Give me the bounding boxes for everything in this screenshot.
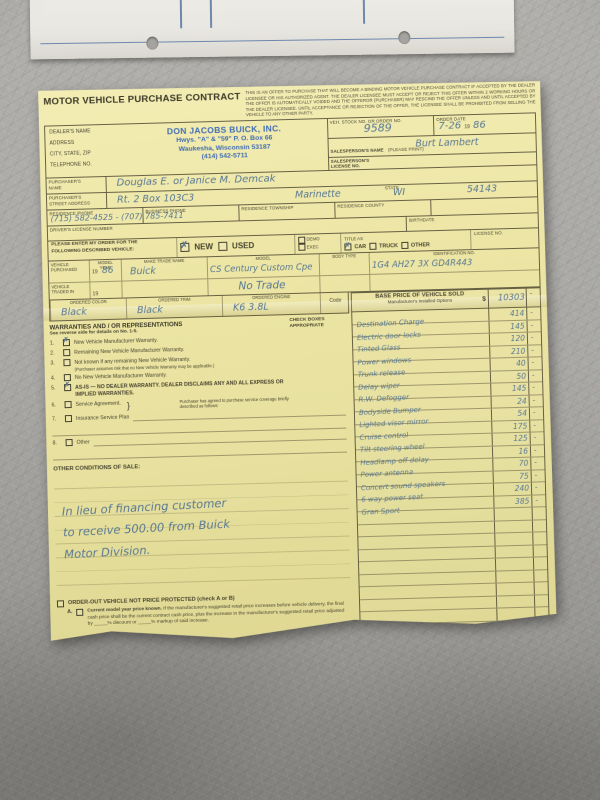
right-column: BASE PRICE OF VEHICLE SOLD Manufacturer'…: [351, 288, 551, 663]
model-year-value: 86: [102, 266, 114, 276]
order-out-a-checkbox: [76, 609, 83, 616]
photo-scene: MOTOR VEHICLE PURCHASE CONTRACT THIS IS …: [0, 0, 600, 800]
salesperson-label: SALESPERSON'S NAME: [330, 147, 383, 153]
motor-vehicle-purchase-contract: MOTOR VEHICLE PURCHASE CONTRACT THIS IS …: [36, 77, 557, 644]
punch-hole: [146, 37, 158, 50]
other-conditions-handwriting: In lieu of financing customer to receive…: [61, 492, 231, 565]
ordered-color-value: Black: [61, 307, 87, 319]
price-table: BASE PRICE OF VEHICLE SOLD Manufacturer'…: [351, 288, 551, 663]
township-label: RESIDENCE TOWNSHIP: [241, 204, 332, 212]
ledger-rule-line: [209, 0, 211, 28]
car-checkbox: ✗: [344, 244, 351, 251]
order-out-checkbox: [57, 600, 64, 607]
other-checkbox: [401, 242, 408, 249]
punch-hole: [398, 31, 410, 44]
order-info-block: VEH. STOCK NO. OR ORDER NO. 9589 ORDER D…: [327, 113, 537, 170]
brace-glyph: }: [127, 400, 130, 411]
service-note: Purchaser has agreed to purchase service…: [179, 395, 297, 409]
order-date-cell: ORDER DATE 7-26 19 86: [434, 113, 535, 135]
street-value: Rt. 2 Box 103C3: [117, 193, 194, 206]
title-as-label: TITLE AS: [344, 233, 467, 241]
demo-checkbox: [298, 236, 305, 243]
dealer-left: DEALER'S NAME ADDRESS CITY, STATE, ZIP T…: [45, 119, 328, 178]
warranties-section: WARRANTIES AND / OR REPRESENTATIONS See …: [49, 317, 353, 460]
base-price-value: 10303: [498, 293, 525, 304]
ruled-lines: In lieu of financing customer to receive…: [53, 467, 350, 593]
county-label: RESIDENCE COUNTY: [337, 202, 428, 210]
check-boxes-note: CHECK BOXES APPROPRIATE: [289, 317, 343, 330]
demo-exec-cell: DEMO EXEC: [294, 234, 340, 254]
warranty-4-checkbox: [64, 374, 71, 381]
ledger-rule-line: [40, 36, 504, 44]
city-value: Marinette: [295, 189, 341, 201]
ordered-trim-value: Black: [137, 305, 163, 317]
salesperson-name: Burt Lambert: [415, 137, 478, 150]
stock-number-cell: VEH. STOCK NO. OR ORDER NO. 9589: [328, 116, 435, 138]
zip-value: 54143: [467, 184, 498, 196]
exec-checkbox: [298, 244, 305, 251]
dealer-info: DON JACOBS BUICK, INC. Hwys. "A" & "59" …: [125, 122, 324, 163]
form-title: MOTOR VEHICLE PURCHASE CONTRACT: [43, 90, 241, 123]
ledger-paper-strip: [29, 0, 514, 59]
dollar-sign: $: [482, 296, 486, 303]
order-request-text: PLEASE ENTER MY ORDER FOR THE FOLLOWING …: [48, 239, 176, 261]
warranty-2-checkbox: [63, 349, 70, 356]
used-checkbox: [218, 242, 227, 251]
no-trade-value: No Trade: [238, 280, 285, 293]
other-warranty-checkbox: [66, 439, 73, 446]
warranty-5-checkbox: ✗: [64, 384, 71, 391]
purchaser-name-value: Douglas E. or Janice M. Demcak: [116, 174, 275, 189]
left-column: ORDERED COLOR Black ORDERED TRIM Black O…: [49, 293, 358, 629]
order-out-a-text: Current model year price known. If the m…: [87, 602, 349, 628]
other-conditions-section: OTHER CONDITIONS OF SALE: In lieu of fin…: [53, 458, 356, 593]
warranty-1-checkbox: ✗: [63, 339, 70, 346]
stock-number-value: 9589: [364, 121, 392, 135]
blank-line: [133, 409, 346, 422]
contract-paper: MOTOR VEHICLE PURCHASE CONTRACT THIS IS …: [36, 77, 557, 644]
truck-checkbox: [369, 243, 376, 250]
model-value: CS Century Custom Cpe: [210, 263, 313, 276]
order-date-value: 7-26 19 86: [438, 120, 486, 132]
make-value: Buick: [130, 266, 156, 278]
state-value: WI: [393, 187, 405, 198]
ordered-engine-value: K6 3.8L: [233, 302, 269, 314]
new-used-cell: ✗ NEW USED: [176, 235, 294, 257]
insurance-plan-checkbox: [65, 415, 72, 422]
new-label: NEW: [194, 243, 213, 253]
used-label: USED: [232, 241, 254, 251]
ledger-rule-line: [362, 0, 364, 24]
vin-value: 1G4 AH27 3X GD4R443: [372, 259, 473, 272]
warranty-3-checkbox: [63, 359, 70, 366]
new-checkbox: ✗: [180, 243, 189, 252]
birthdate-label: BIRTHDATE: [409, 215, 536, 224]
order-out-section: ORDER-OUT VEHICLE NOT PRICE PROTECTED (c…: [57, 592, 358, 629]
service-agreement-checkbox: [64, 401, 71, 408]
license-no-cell: LICENSE NO.: [470, 229, 538, 250]
title-as-cell: TITLE AS ✗ CAR TRUCK OTHER: [340, 231, 470, 254]
ledger-rule-line: [179, 0, 181, 28]
